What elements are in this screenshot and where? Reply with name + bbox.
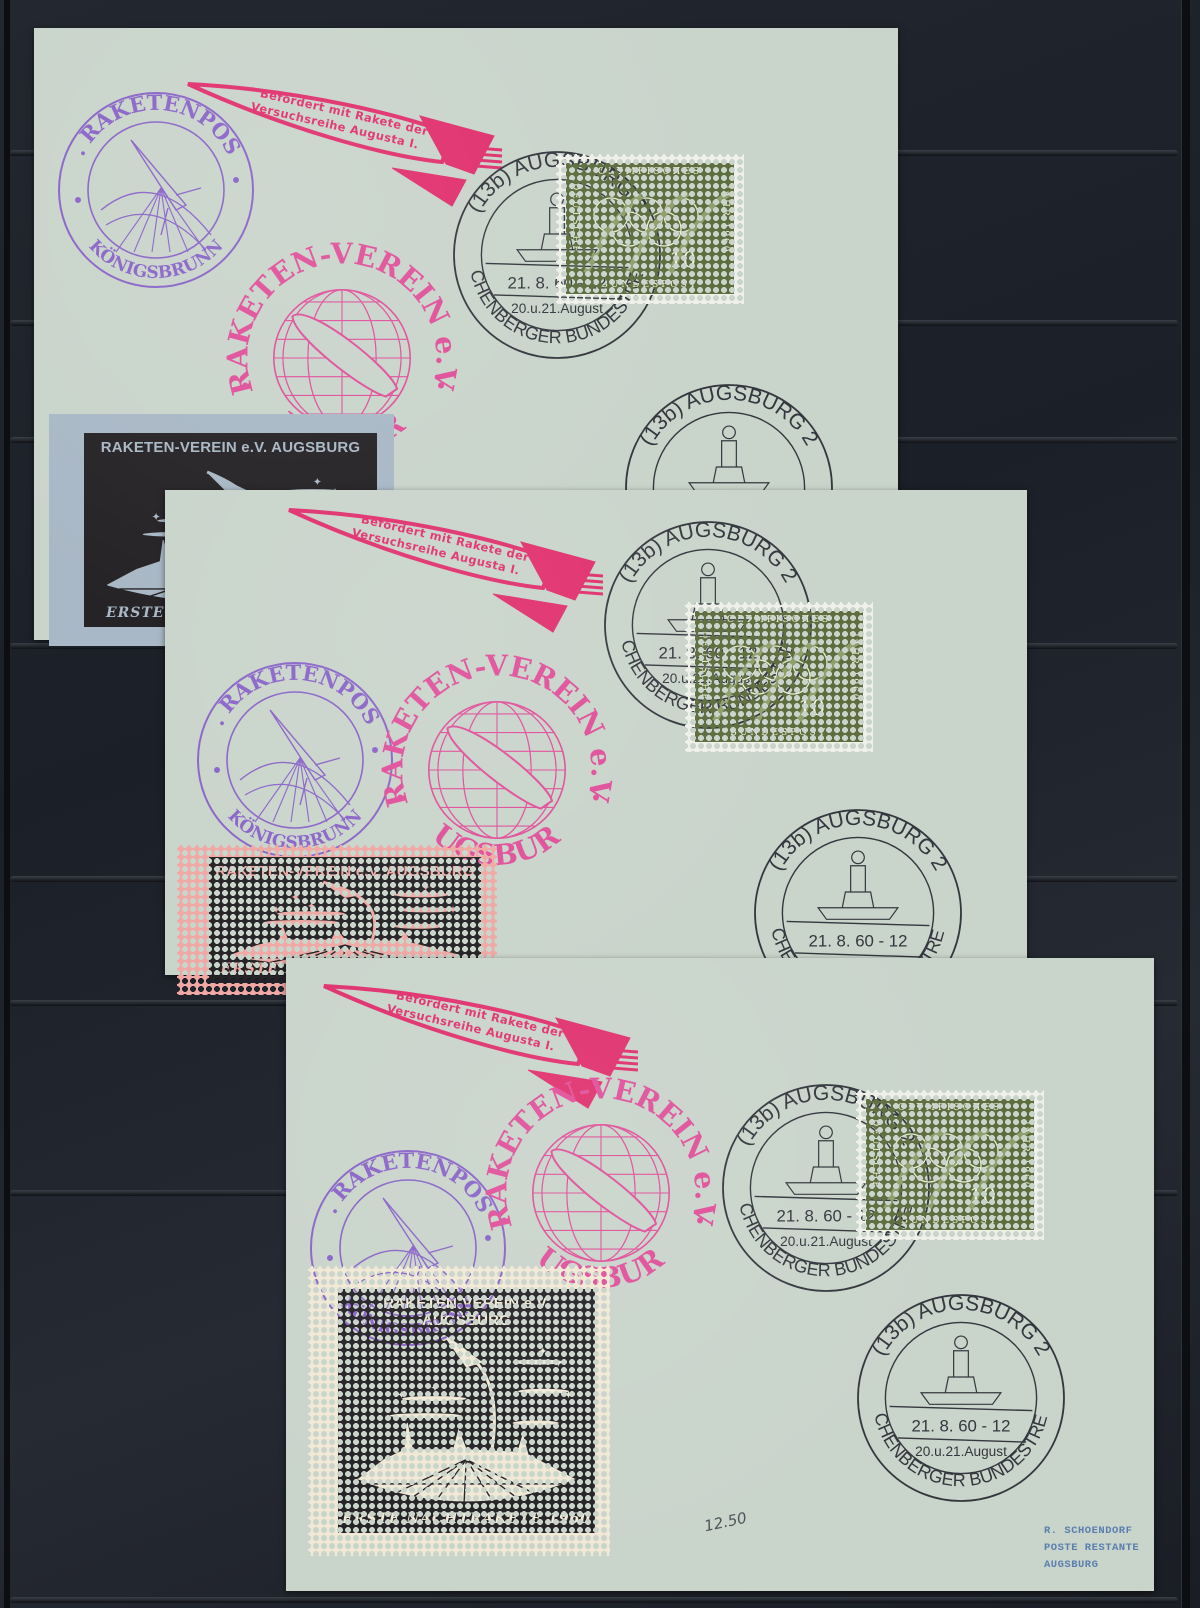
address-line: R. SCHOENDORF bbox=[1044, 1523, 1139, 1540]
svg-text:✦: ✦ bbox=[538, 1345, 547, 1358]
pencil-price-note: 12.50 bbox=[703, 1509, 749, 1536]
raketenpost-koenigsbrunn-cachet: 1. RAKETENPOSTKÖNIGSBRUNN1. RAKETENPOST bbox=[195, 660, 395, 860]
stamp-value: 10 bbox=[798, 696, 825, 720]
address-handstamp: R. SCHOENDORFPOSTE RESTANTEAUGSBURG bbox=[1044, 1523, 1139, 1574]
stamp-bottom-text: BUNDESPOST bbox=[695, 728, 863, 738]
vignette-title: RAKETEN-VEREIN e.V. AUGSBURG bbox=[209, 863, 481, 880]
stamp-left-text: DEUTSCHE bbox=[570, 183, 580, 254]
postcard-2[interactable]: Befördert mit Rakete derVersuchsreihe Au… bbox=[165, 490, 1027, 975]
stamp-design: OLYMPISCHESBUNDESPOSTDEUTSCHEJAHR 196010 bbox=[695, 611, 863, 742]
vignette-title: RAKETEN-VEREIN e.V. AUGSBURG bbox=[338, 1295, 595, 1329]
svg-text:20.u.21.August: 20.u.21.August bbox=[915, 1444, 1007, 1459]
stockbook-spine-left bbox=[4, 0, 10, 1608]
stamp-right-text: JAHR 1960 bbox=[849, 633, 859, 702]
stamp-top-text: OLYMPISCHES bbox=[866, 1103, 1034, 1113]
address-line: AUGSBURG bbox=[1044, 1557, 1139, 1574]
stamp-bottom-text: BUNDESPOST bbox=[566, 280, 734, 290]
svg-text:✦: ✦ bbox=[291, 891, 300, 904]
svg-text:✦: ✦ bbox=[313, 476, 322, 489]
svg-text:21. 8. 60 - 12: 21. 8. 60 - 12 bbox=[809, 932, 908, 951]
svg-text:1. RAKETENPOST: 1. RAKETENPOST bbox=[187, 640, 385, 730]
stamp-top-text: OLYMPISCHES bbox=[566, 167, 734, 177]
stamp-right-text: JAHR 1960 bbox=[720, 185, 730, 254]
postcard-3[interactable]: Befördert mit Rakete derVersuchsreihe Au… bbox=[286, 958, 1154, 1591]
address-line: POSTE RESTANTE bbox=[1044, 1540, 1139, 1557]
svg-text:KÖNIGSBRUNN: KÖNIGSBRUNN bbox=[85, 236, 228, 283]
postage-stamp-olympisches-jahr-1960: OLYMPISCHESBUNDESPOSTDEUTSCHEJAHR 196010 bbox=[556, 154, 744, 304]
svg-text:1. RAKETENPOST: 1. RAKETENPOST bbox=[300, 1128, 498, 1218]
stamp-top-text: OLYMPISCHES bbox=[695, 615, 863, 625]
vignette-design: ✦✦✦✦✦✦RAKETEN-VEREIN e.V. AUGSBURGERSTE … bbox=[338, 1289, 595, 1533]
stamp-value: 10 bbox=[969, 1184, 996, 1208]
svg-text:(13b) AUGSBURG 2: (13b) AUGSBURG 2 bbox=[635, 382, 822, 450]
postmark-augsburg: (13b) AUGSBURG 23.REICHENBERGER BUNDESTR… bbox=[856, 1293, 1066, 1503]
stamp-left-text: DEUTSCHE bbox=[870, 1119, 880, 1190]
raketen-verein-vignette: ✦✦✦✦✦✦RAKETEN-VEREIN e.V. AUGSBURGERSTE … bbox=[308, 1266, 610, 1556]
stamp-design: OLYMPISCHESBUNDESPOSTDEUTSCHEJAHR 196010 bbox=[566, 163, 734, 294]
stamp-bottom-text: BUNDESPOST bbox=[866, 1216, 1034, 1226]
postage-stamp-olympisches-jahr-1960: OLYMPISCHESBUNDESPOSTDEUTSCHEJAHR 196010 bbox=[856, 1090, 1044, 1240]
svg-text:✦: ✦ bbox=[397, 1389, 406, 1402]
stamp-right-text: JAHR 1960 bbox=[1020, 1121, 1030, 1190]
rocket-cachet: Befördert mit Rakete derVersuchsreihe Au… bbox=[285, 502, 615, 632]
svg-text:(13b) AUGSBURG 2: (13b) AUGSBURG 2 bbox=[867, 1292, 1054, 1360]
vignette-bottom-text: ERSTE NACHTRAKETE 1960 bbox=[338, 1511, 595, 1527]
svg-text:✦: ✦ bbox=[272, 904, 281, 917]
svg-text:(13b) AUGSBURG 2: (13b) AUGSBURG 2 bbox=[614, 519, 801, 587]
stockbook-spine-right bbox=[1181, 0, 1190, 1608]
svg-text:✦: ✦ bbox=[421, 881, 430, 894]
postage-stamp-olympisches-jahr-1960: OLYMPISCHESBUNDESPOSTDEUTSCHEJAHR 196010 bbox=[685, 602, 873, 752]
stockbook-strip bbox=[10, 1597, 1178, 1603]
svg-text:(13b) AUGSBURG 2: (13b) AUGSBURG 2 bbox=[764, 807, 951, 875]
vignette-title: RAKETEN-VEREIN e.V. AUGSBURG bbox=[84, 439, 377, 456]
svg-text:21. 8. 60 - 12: 21. 8. 60 - 12 bbox=[912, 1417, 1011, 1436]
svg-text:✦: ✦ bbox=[430, 1381, 439, 1394]
stamp-left-text: DEUTSCHE bbox=[699, 631, 709, 702]
stamp-design: OLYMPISCHESBUNDESPOSTDEUTSCHEJAHR 196010 bbox=[866, 1099, 1034, 1230]
stamp-value: 10 bbox=[669, 248, 696, 272]
svg-text:✦: ✦ bbox=[415, 1364, 424, 1377]
svg-text:✦: ✦ bbox=[307, 900, 316, 913]
svg-text:✦: ✦ bbox=[151, 511, 160, 524]
